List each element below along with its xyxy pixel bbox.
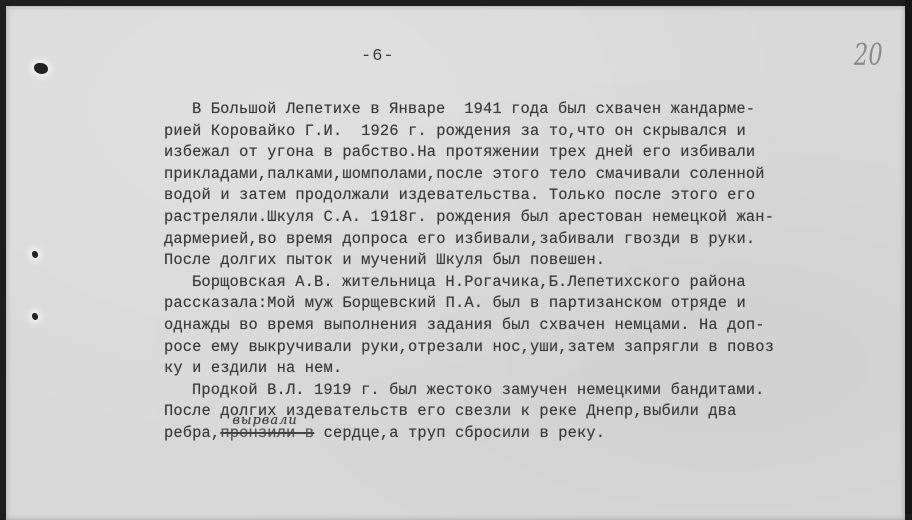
- punch-hole-mark: [34, 63, 48, 74]
- text-line: ку и ездили на нем.: [164, 358, 899, 380]
- text-line: рассказала:Мой муж Борщевский П.А. был в…: [164, 293, 899, 315]
- handwritten-insertion: вырвали: [232, 410, 297, 432]
- text-line: Продкой В.Л. 1919 г. был жестоко замучен…: [164, 380, 899, 402]
- text-line: водой и затем продолжали издевательства.…: [164, 185, 899, 207]
- text-line: рией Коровайко Г.И. 1926 г. рождения за …: [164, 121, 899, 143]
- text-line: растреляли.Шкуля С.А. 1918г. рождения бы…: [164, 207, 899, 229]
- text-line: росе ему выкручивали руки,отрезали нос,у…: [164, 337, 899, 359]
- text-line: прикладами,палками,шомполами,после этого…: [164, 164, 899, 186]
- text-line: избежал от угона в рабство.На протяжении…: [164, 142, 899, 164]
- scanned-document: -6- 20 В Большой Лепетихе в Январе 1941 …: [0, 0, 912, 514]
- page-number: -6-: [361, 47, 395, 66]
- paper-sheet: -6- 20 В Большой Лепетихе в Январе 1941 …: [6, 6, 905, 514]
- text-line: Борщовская А.В. жительница Н.Рогачика,Б.…: [164, 272, 899, 294]
- archive-sheet-number: 20: [854, 38, 883, 73]
- punch-hole-mark: [32, 251, 38, 258]
- text-fragment: сердце,а труп сбросили в реку.: [314, 424, 605, 442]
- text-fragment: ребра,: [164, 424, 220, 442]
- correction: пронзили ввырвали: [220, 423, 314, 445]
- document-body: В Большой Лепетихе в Январе 1941 года бы…: [164, 99, 899, 445]
- text-line-with-correction: ребра,пронзили ввырвали сердце,а труп сб…: [164, 423, 899, 445]
- punch-hole-mark: [32, 313, 38, 320]
- text-line: В Большой Лепетихе в Январе 1941 года бы…: [164, 99, 899, 121]
- scan-border: [905, 0, 912, 514]
- text-line: После долгих пыток и мучений Шкуля был п…: [164, 250, 899, 272]
- text-line: дармерией,во время допроса его избивали,…: [164, 229, 899, 251]
- text-line: однажды во время выполнения задания был …: [164, 315, 899, 337]
